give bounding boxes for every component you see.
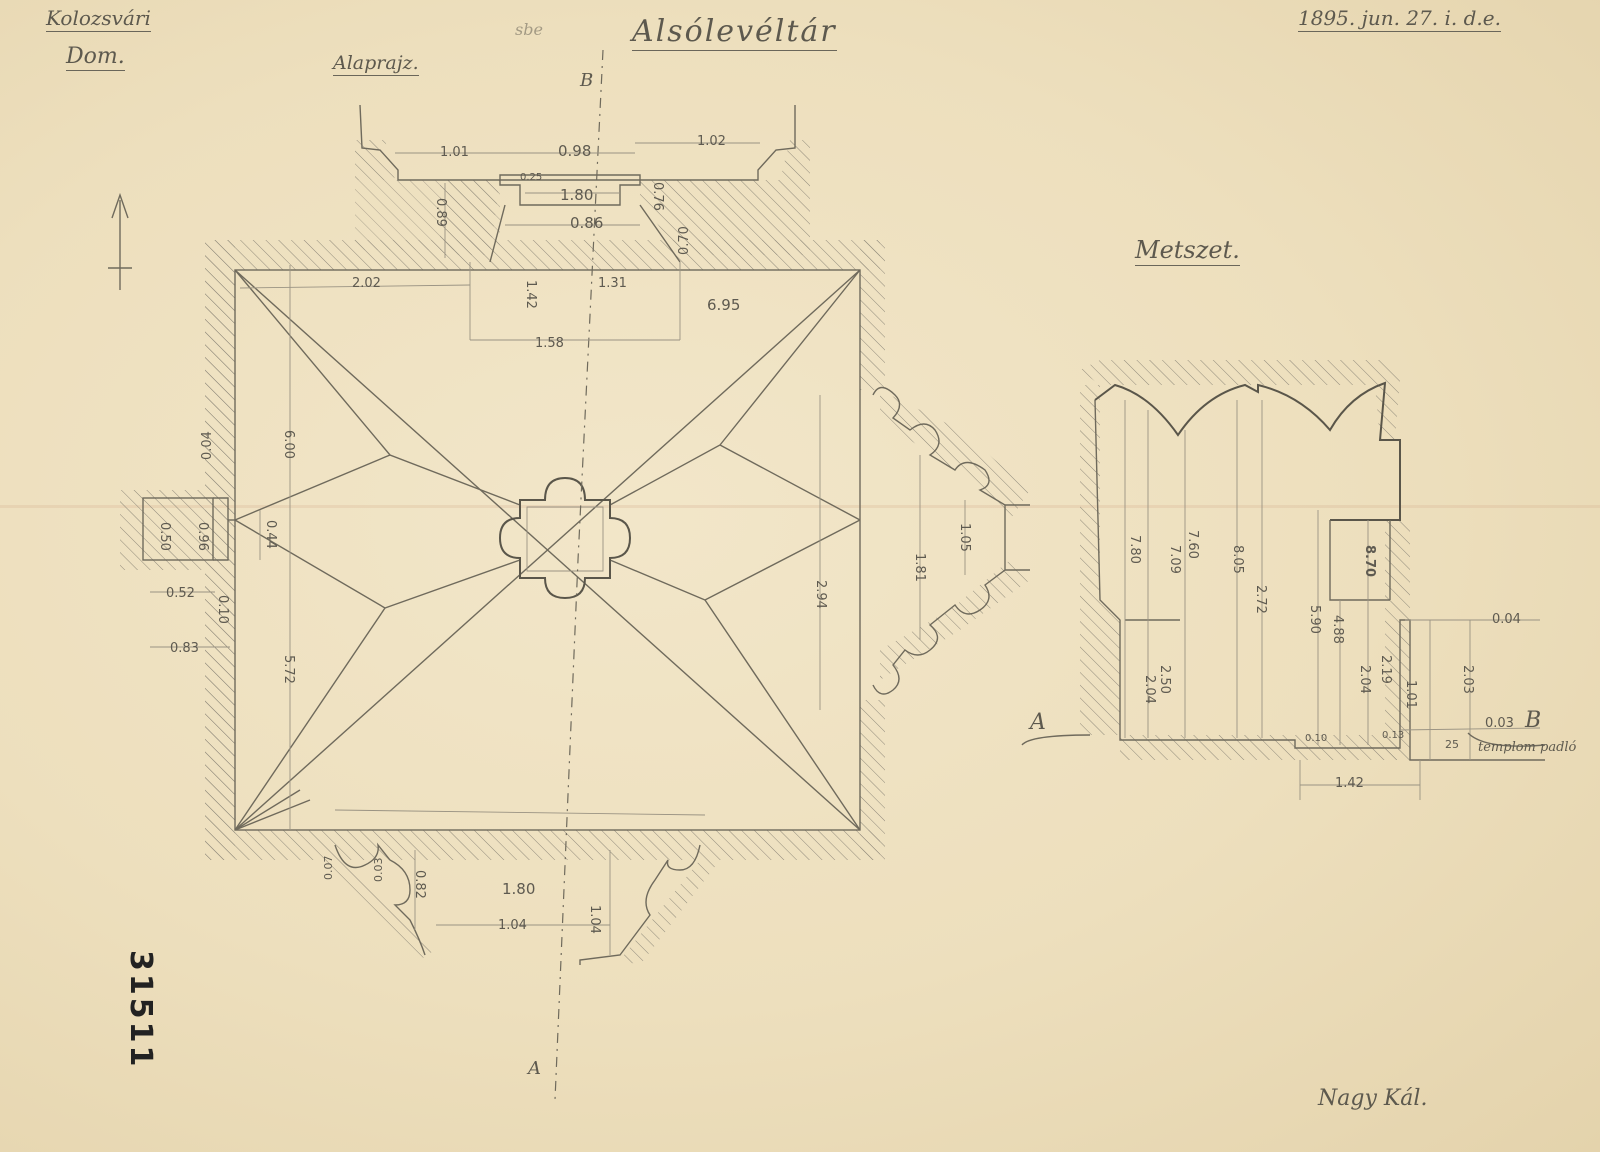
dim-label: 8.05 (1230, 545, 1245, 574)
dim-label: 1.80 (560, 186, 593, 204)
dim-label: 0.13 (1382, 730, 1404, 741)
dim-label: 0.07 (322, 856, 335, 881)
dim-label: 2.50 (1157, 665, 1172, 694)
dim-label: 1.42 (523, 280, 538, 309)
axis-marker-a: A (528, 1058, 541, 1079)
axis-marker-b: B (580, 70, 593, 91)
dim-label: 0.89 (433, 198, 448, 227)
floor-level-note: templom padló (1478, 740, 1576, 755)
section-marker-b: B (1525, 708, 1541, 733)
dim-label: 5.90 (1307, 605, 1322, 634)
dim-label: 1.04 (587, 905, 602, 934)
dim-label: 1.80 (502, 880, 535, 898)
dim-label: 7.80 (1127, 535, 1142, 564)
dim-label: 1.01 (440, 145, 469, 160)
dim-label: 0.03 (372, 858, 385, 883)
drawing-title: Alsólevéltár (632, 14, 837, 51)
floor-plan (108, 50, 1030, 1100)
dim-label: 2.72 (1253, 585, 1268, 614)
dim-label: 2.04 (1357, 665, 1372, 694)
dim-label: 1.58 (535, 336, 564, 351)
dim-label: 0.83 (170, 641, 199, 656)
dim-label: 0.82 (412, 870, 427, 899)
dim-label: 4.88 (1330, 615, 1345, 644)
dim-label: 0.25 (520, 172, 542, 183)
faint-note: sbe (515, 20, 543, 39)
north-arrow-icon (108, 195, 132, 290)
dim-label: 1.02 (697, 134, 726, 149)
dim-label: 2.19 (1378, 655, 1393, 684)
dim-label: 0.10 (1305, 733, 1327, 744)
central-pier (500, 478, 630, 598)
dim-label: 7.09 (1167, 545, 1182, 574)
dim-label: 8.70 (1362, 545, 1377, 577)
dim-label: 1.31 (598, 276, 627, 291)
dim-label: 6.00 (281, 430, 296, 459)
dim-label: 0.76 (650, 182, 665, 211)
dim-label: 0.96 (195, 522, 210, 551)
section-marker-a: A (1030, 710, 1046, 735)
dim-label: 5.72 (281, 655, 296, 684)
dim-label: 1.81 (912, 553, 927, 582)
plan-label: Alaprajz. (333, 52, 419, 76)
section-drawing (1022, 360, 1545, 800)
dim-label: 2.03 (1460, 665, 1475, 694)
dim-label: 1.42 (1335, 776, 1364, 791)
archive-number: 31511 (123, 950, 158, 1069)
drawing-sheet: Kolozsvári Dom. Alaprajz. sbe Alsólevélt… (0, 0, 1600, 1152)
dim-label: 2.04 (1142, 675, 1157, 704)
dim-label: 2.02 (352, 276, 381, 291)
dim-label: 0.86 (570, 214, 603, 232)
dim-label: 0.10 (215, 595, 230, 624)
dim-label: 0.03 (1485, 716, 1514, 731)
dim-label: 0.50 (157, 522, 172, 551)
dim-label: 0.98 (558, 142, 591, 160)
dim-label: 0.52 (166, 586, 195, 601)
dim-label: 0.04 (200, 431, 215, 460)
dim-label: 0.44 (263, 520, 278, 549)
dim-label: 2.94 (813, 580, 828, 609)
dim-label: 1.05 (957, 523, 972, 552)
section-title: Metszet. (1135, 236, 1240, 266)
surveyor-signature: Nagy Kál. (1318, 1086, 1427, 1111)
architectural-drawing (0, 0, 1600, 1152)
dim-label: 25 (1445, 738, 1459, 751)
dim-label: 1.01 (1403, 680, 1418, 709)
dim-label: 7.60 (1185, 530, 1200, 559)
dim-label: 0.04 (1492, 612, 1521, 627)
building-label: Dom. (66, 44, 125, 71)
survey-date: 1895. jun. 27. i. d.e. (1298, 6, 1501, 32)
dim-label: 0.70 (677, 226, 692, 255)
dim-label: 6.95 (707, 296, 740, 314)
location-label: Kolozsvári (46, 6, 151, 32)
dim-label: 1.04 (498, 918, 527, 933)
